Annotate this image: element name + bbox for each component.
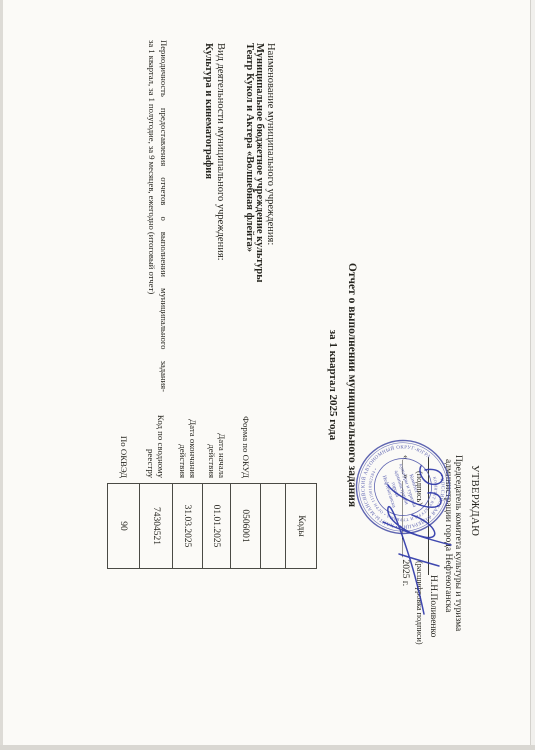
okud-label: Форма по ОКУД — [230, 398, 260, 483]
organization-block: Наименование муниципального учреждения: … — [244, 43, 276, 383]
start-date-label: Дата начала действия — [202, 398, 230, 483]
codes-row-registry: Код по сводному реестру 74304521 — [139, 398, 172, 569]
codes-empty-row — [260, 398, 285, 569]
activity-block: Вид деятельности муниципального учрежден… — [203, 43, 226, 383]
document-sheet-rotated: УТВЕРЖДАЮ Председатель комитета культуры… — [0, 0, 535, 750]
codes-header-spacer — [285, 398, 317, 483]
scanned-report-page: УТВЕРЖДАЮ Председатель комитета культуры… — [0, 0, 535, 750]
handwritten-signature — [379, 448, 457, 623]
codes-row-okved: По ОКВЭД 90 — [107, 398, 139, 569]
okud-value: 0506001 — [230, 483, 260, 569]
activity-value: Культура и кинематография — [203, 43, 215, 383]
periodicity-line2: за 1 квартал, за 1 полугодие, за 9 месяц… — [146, 40, 158, 392]
okved-value: 90 — [107, 483, 139, 569]
codes-row-start-date: Дата начала действия 01.01.2025 — [202, 398, 230, 569]
org-name-line2: Театр Кукол и Актера «Волшебная флейта» — [244, 43, 255, 383]
end-date-value: 31.03.2025 — [172, 483, 202, 569]
codes-empty-cell — [260, 483, 285, 569]
org-name-label: Наименование муниципального учреждения: — [265, 43, 276, 383]
scan-edge-bottom — [0, 745, 535, 750]
report-title-line1: Отчет о выполнении муниципального задани… — [345, 235, 358, 535]
end-date-label: Дата окончания действия — [172, 398, 202, 483]
codes-header-cell: Коды — [285, 483, 317, 569]
okved-label: По ОКВЭД — [107, 398, 139, 483]
codes-row-okud: Форма по ОКУД 0506001 — [230, 398, 260, 569]
report-title-line2: за 1 квартал 2025 года — [326, 235, 339, 535]
periodicity-line1: Периодичность предоставления отчетов о в… — [158, 40, 170, 392]
approve-word: УТВЕРЖДАЮ — [469, 465, 479, 536]
codes-row-end-date: Дата окончания действия 31.03.2025 — [172, 398, 202, 569]
periodicity-block: Периодичность предоставления отчетов о в… — [146, 40, 169, 392]
codes-table: Коды Форма по ОКУД 0506001 Дата начала д… — [107, 398, 317, 569]
registry-label: Код по сводному реестру — [139, 398, 172, 483]
scan-edge-left — [0, 0, 3, 750]
report-title: Отчет о выполнении муниципального задани… — [326, 235, 358, 535]
org-name-line1: Муниципальное бюджетное учреждение культ… — [254, 43, 265, 383]
codes-header-row: Коды — [285, 398, 317, 569]
activity-label: Вид деятельности муниципального учрежден… — [215, 43, 227, 383]
scan-edge-right — [531, 0, 535, 750]
start-date-value: 01.01.2025 — [202, 483, 230, 569]
registry-value: 74304521 — [139, 483, 172, 569]
